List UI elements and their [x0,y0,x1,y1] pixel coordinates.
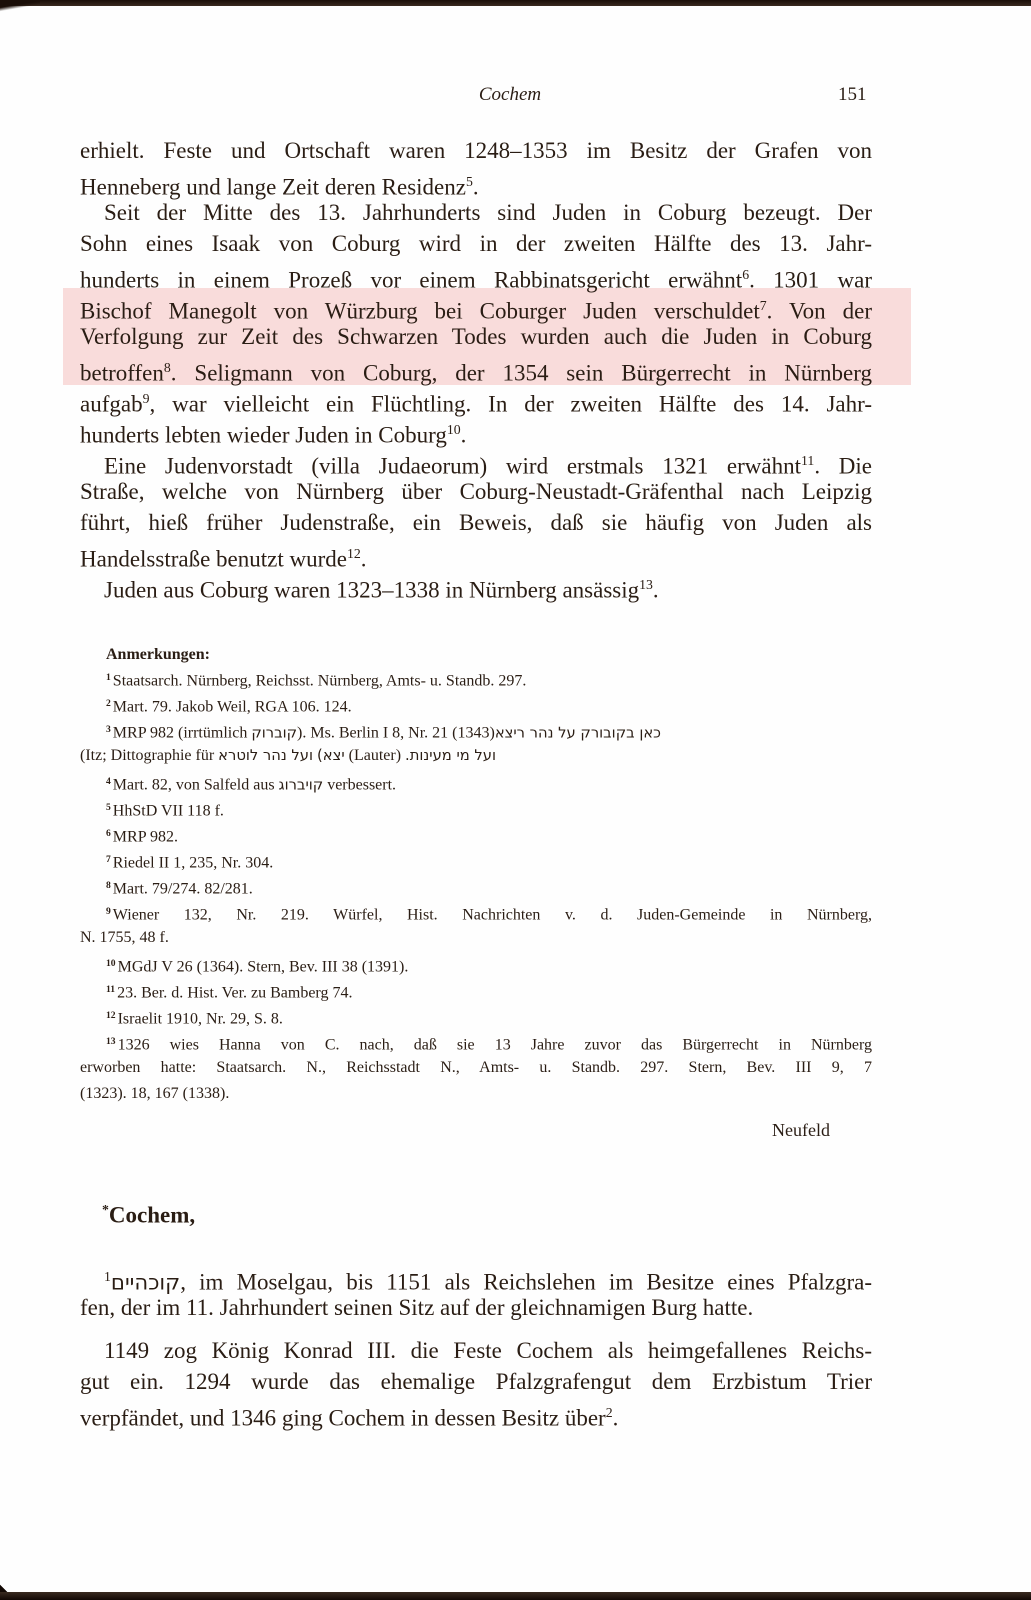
page-corner-shadow [0,0,40,12]
body-line: hunderts lebten wieder Juden in Coburg10… [80,415,466,450]
body-line: hunderts in einem Prozeß vor einem Rabbi… [80,260,872,295]
footnote-9: 9Wiener 132, Nr. 219. Würfel, Hist. Nach… [106,901,872,926]
entry-line: קוכהיים1, im Moselgau, bis 1151 als Reic… [104,1262,872,1297]
entry-line: fen, der im 11. Jahrhundert seinen Sitz … [80,1293,753,1323]
footnote-9-cont: N. 1755, 48 f. [80,927,169,949]
notes-heading: Anmerkungen: [106,646,210,664]
footnote-12: 12Israelit 1910, Nr. 29, S. 8. [106,1005,283,1030]
footnote-13-cont: (1323). 18, 167 (1338). [80,1083,229,1105]
entry-line: 1149 zog König Konrad III. die Feste Coc… [104,1336,872,1366]
body-line: aufgab9, war vielleicht ein Flüchtling. … [80,384,872,419]
body-line: Juden aus Coburg waren 1323–1338 in Nürn… [104,570,659,605]
footnote-8: 8Mart. 79/274. 82/281. [106,875,253,900]
body-line: führt, hieß früher Judenstraße, ein Bewe… [80,508,872,538]
footnote-11: 1123. Ber. d. Hist. Ver. zu Bamberg 74. [106,979,352,1004]
footnote-7: 7Riedel II 1, 235, Nr. 304. [106,849,273,874]
entry-line: verpfändet, und 1346 ging Cochem in dess… [80,1398,618,1433]
entry-title: *Cochem, [102,1202,195,1228]
running-head: Cochem [440,84,580,106]
footnote-10: 10MGdJ V 26 (1364). Stern, Bev. III 38 (… [106,953,408,978]
footnote-5: 5HhStD VII 118 f. [106,797,224,822]
footnote-13: 131326 wies Hanna von C. nach, daß sie 1… [106,1031,872,1056]
body-line-highlighted: betroffen8. Seligmann von Coburg, der 13… [80,353,872,388]
author-signature: Neufeld [772,1120,830,1141]
body-line: Eine Judenvorstadt (villa Judaeorum) wir… [104,446,872,481]
body-line: Sohn eines Isaak von Coburg wird in der … [80,229,872,259]
page-edge-top [0,0,1031,6]
body-line: erhielt. Feste und Ortschaft waren 1248–… [80,136,872,166]
body-line: Henneberg und lange Zeit deren Residenz5… [80,167,479,202]
footnote-4: 4Mart. 82, von Salfeld aus קויברוג verbe… [106,771,396,796]
body-line: Seit der Mitte des 13. Jahrhunderts sind… [104,198,872,228]
footnote-6: 6MRP 982. [106,823,178,848]
entry-line: gut ein. 1294 wurde das ehemalige Pfalzg… [80,1367,872,1397]
body-line: Handelsstraße benutzt wurde12. [80,539,367,574]
footnote-13-cont: erworben hatte: Staatsarch. N., Reichsst… [80,1057,872,1079]
footnote-3: 3MRP 982 (irrtümlich קוברוק). Ms. Berlin… [106,719,661,744]
footnote-2: 2Mart. 79. Jakob Weil, RGA 106. 124. [106,693,352,718]
body-line: Straße, welche von Nürnberg über Coburg-… [80,477,872,507]
page-number: 151 [838,84,867,106]
footnote-1: 1Staatsarch. Nürnberg, Reichsst. Nürnber… [106,667,526,692]
footnote-3-cont: (Itz; Dittographie für יצא) ועל נהר לוטר… [80,745,496,767]
page-edge-bottom [0,1592,1031,1600]
body-line-highlighted: Bischof Manegolt von Würzburg bei Coburg… [80,291,872,326]
body-line-highlighted: Verfolgung zur Zeit des Schwarzen Todes … [80,322,872,352]
